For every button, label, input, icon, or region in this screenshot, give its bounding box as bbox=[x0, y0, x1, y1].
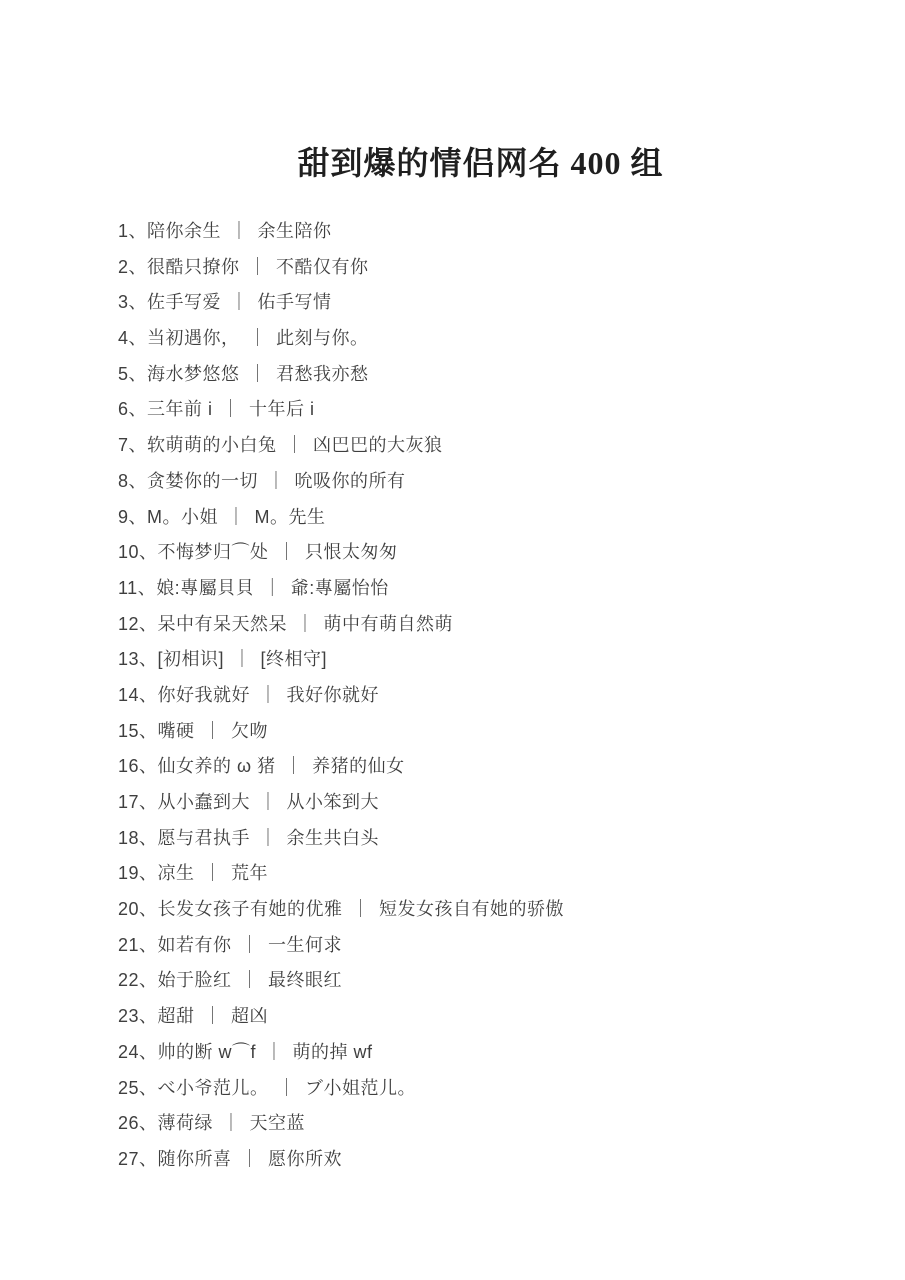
separator-bar: ｜ bbox=[241, 1142, 260, 1178]
item-number: 26 bbox=[118, 1113, 139, 1133]
couple-name-right: 不酷仅有你 bbox=[276, 257, 369, 277]
couple-name-right: 萌中有萌自然萌 bbox=[324, 614, 454, 634]
couple-name-left: 海水梦悠悠 bbox=[147, 364, 240, 384]
separator-bar: ｜ bbox=[278, 1071, 297, 1107]
separator-bar: ｜ bbox=[352, 892, 371, 928]
list-item: 11、娘:專屬貝貝｜爺:專屬怡怡 bbox=[118, 571, 564, 607]
item-number: 20 bbox=[118, 899, 139, 919]
enumeration-comma: 、 bbox=[129, 364, 148, 384]
couple-name-right: ブ小姐范儿。 bbox=[305, 1078, 416, 1098]
enumeration-comma: 、 bbox=[139, 542, 158, 562]
enumeration-comma: 、 bbox=[139, 721, 158, 741]
list-item: 23、超甜｜超凶 bbox=[118, 999, 564, 1035]
enumeration-comma: 、 bbox=[139, 685, 158, 705]
couple-name-right: 此刻与你。 bbox=[276, 328, 369, 348]
list-item: 17、从小蠢到大｜从小笨到大 bbox=[118, 785, 564, 821]
enumeration-comma: 、 bbox=[139, 970, 158, 990]
separator-bar: ｜ bbox=[222, 1106, 241, 1142]
couple-name-right: 从小笨到大 bbox=[287, 792, 380, 812]
separator-bar: ｜ bbox=[286, 428, 305, 464]
couple-name-right: 一生何求 bbox=[268, 935, 342, 955]
item-number: 14 bbox=[118, 685, 139, 705]
enumeration-comma: 、 bbox=[129, 221, 148, 241]
couple-name-left: 娘:專屬貝貝 bbox=[156, 578, 254, 598]
couple-name-left: 三年前 i bbox=[147, 399, 213, 419]
enumeration-comma: 、 bbox=[139, 614, 158, 634]
list-item: 8、贪婪你的一切｜吮吸你的所有 bbox=[118, 464, 564, 500]
document-page: 甜到爆的情侣网名 400 组 1、陪你余生｜余生陪你2、很酷只撩你｜不酷仅有你3… bbox=[0, 0, 905, 1280]
list-item: 18、愿与君执手｜余生共白头 bbox=[118, 821, 564, 857]
separator-bar: ｜ bbox=[233, 642, 252, 678]
separator-bar: ｜ bbox=[259, 821, 278, 857]
couple-name-left: 很酷只撩你 bbox=[147, 257, 240, 277]
enumeration-comma: 、 bbox=[139, 792, 158, 812]
couple-name-right: 萌的掉 wf bbox=[293, 1042, 373, 1062]
couple-name-right: 荒年 bbox=[231, 863, 268, 883]
separator-bar: ｜ bbox=[230, 285, 249, 321]
list-item: 21、如若有你｜一生何求 bbox=[118, 928, 564, 964]
item-number: 5 bbox=[118, 364, 129, 384]
couple-name-left: [初相识] bbox=[158, 649, 225, 669]
enumeration-comma: 、 bbox=[139, 1078, 158, 1098]
item-number: 12 bbox=[118, 614, 139, 634]
list-item: 9、M。小姐｜M。先生 bbox=[118, 500, 564, 536]
couple-name-right: 天空蓝 bbox=[250, 1113, 306, 1133]
couple-name-right: [终相守] bbox=[261, 649, 328, 669]
enumeration-comma: 、 bbox=[139, 828, 158, 848]
couple-name-right: 短发女孩自有她的骄傲 bbox=[379, 899, 564, 919]
enumeration-comma: 、 bbox=[139, 899, 158, 919]
item-number: 6 bbox=[118, 399, 129, 419]
couple-name-left: 愿与君执手 bbox=[158, 828, 251, 848]
couple-name-right: 君愁我亦愁 bbox=[276, 364, 369, 384]
item-number: 24 bbox=[118, 1042, 139, 1062]
item-number: 13 bbox=[118, 649, 139, 669]
separator-bar: ｜ bbox=[204, 999, 223, 1035]
couple-name-left: 不悔梦归⌒处 bbox=[158, 542, 269, 562]
couple-name-left: 帅的断 w⌒f bbox=[158, 1042, 257, 1062]
separator-bar: ｜ bbox=[285, 749, 304, 785]
enumeration-comma: 、 bbox=[129, 292, 148, 312]
item-number: 16 bbox=[118, 756, 139, 776]
couple-name-left: 超甜 bbox=[158, 1006, 195, 1026]
enumeration-comma: 、 bbox=[139, 935, 158, 955]
enumeration-comma: 、 bbox=[139, 1149, 158, 1169]
enumeration-comma: 、 bbox=[139, 649, 158, 669]
couple-name-left: 凉生 bbox=[158, 863, 195, 883]
list-item: 27、随你所喜｜愿你所欢 bbox=[118, 1142, 564, 1178]
couple-name-left: 如若有你 bbox=[158, 935, 232, 955]
couple-name-left: 薄荷绿 bbox=[158, 1113, 214, 1133]
list-item: 16、仙女养的 ω 猪｜养猪的仙女 bbox=[118, 749, 564, 785]
couple-name-right: 超凶 bbox=[231, 1006, 268, 1026]
separator-bar: ｜ bbox=[249, 321, 268, 357]
couple-name-list: 1、陪你余生｜余生陪你2、很酷只撩你｜不酷仅有你3、佐手写爱｜佑手写情4、当初遇… bbox=[118, 214, 564, 1178]
item-number: 22 bbox=[118, 970, 139, 990]
enumeration-comma: 、 bbox=[129, 257, 148, 277]
separator-bar: ｜ bbox=[267, 464, 286, 500]
item-number: 18 bbox=[118, 828, 139, 848]
couple-name-right: 余生共白头 bbox=[287, 828, 380, 848]
list-item: 15、嘴硬｜欠吻 bbox=[118, 714, 564, 750]
list-item: 2、很酷只撩你｜不酷仅有你 bbox=[118, 250, 564, 286]
list-item: 13、[初相识]｜[终相守] bbox=[118, 642, 564, 678]
couple-name-left: 仙女养的 ω 猪 bbox=[158, 756, 276, 776]
separator-bar: ｜ bbox=[263, 571, 282, 607]
separator-bar: ｜ bbox=[241, 963, 260, 999]
item-number: 8 bbox=[118, 471, 129, 491]
list-item: 14、你好我就好｜我好你就好 bbox=[118, 678, 564, 714]
separator-bar: ｜ bbox=[259, 785, 278, 821]
couple-name-left: 始于脸红 bbox=[158, 970, 232, 990]
enumeration-comma: 、 bbox=[129, 328, 148, 348]
list-item: 5、海水梦悠悠｜君愁我亦愁 bbox=[118, 357, 564, 393]
item-number: 9 bbox=[118, 507, 129, 527]
list-item: 19、凉生｜荒年 bbox=[118, 856, 564, 892]
list-item: 1、陪你余生｜余生陪你 bbox=[118, 214, 564, 250]
couple-name-left: 呆中有呆天然呆 bbox=[158, 614, 288, 634]
item-number: 1 bbox=[118, 221, 129, 241]
couple-name-right: 爺:專屬怡怡 bbox=[291, 578, 389, 598]
page-title: 甜到爆的情侣网名 400 组 bbox=[0, 138, 905, 184]
separator-bar: ｜ bbox=[222, 392, 241, 428]
separator-bar: ｜ bbox=[249, 357, 268, 393]
separator-bar: ｜ bbox=[241, 928, 260, 964]
list-item: 12、呆中有呆天然呆｜萌中有萌自然萌 bbox=[118, 607, 564, 643]
couple-name-left: 陪你余生 bbox=[147, 221, 221, 241]
enumeration-comma: 、 bbox=[129, 399, 148, 419]
item-number: 25 bbox=[118, 1078, 139, 1098]
couple-name-left: 你好我就好 bbox=[158, 685, 251, 705]
separator-bar: ｜ bbox=[259, 678, 278, 714]
couple-name-right: 十年后 i bbox=[249, 399, 315, 419]
couple-name-right: M。先生 bbox=[255, 507, 326, 527]
couple-name-left: 当初遇你， bbox=[147, 328, 240, 348]
couple-name-right: 余生陪你 bbox=[258, 221, 332, 241]
separator-bar: ｜ bbox=[204, 714, 223, 750]
couple-name-right: 我好你就好 bbox=[287, 685, 380, 705]
list-item: 7、软萌萌的小白兔｜凶巴巴的大灰狼 bbox=[118, 428, 564, 464]
separator-bar: ｜ bbox=[278, 535, 297, 571]
list-item: 22、始于脸红｜最终眼红 bbox=[118, 963, 564, 999]
list-item: 3、佐手写爱｜佑手写情 bbox=[118, 285, 564, 321]
enumeration-comma: 、 bbox=[139, 756, 158, 776]
list-item: 10、不悔梦归⌒处｜只恨太匆匆 bbox=[118, 535, 564, 571]
enumeration-comma: 、 bbox=[129, 435, 148, 455]
couple-name-right: 只恨太匆匆 bbox=[305, 542, 398, 562]
couple-name-left: 软萌萌的小白兔 bbox=[147, 435, 277, 455]
separator-bar: ｜ bbox=[204, 856, 223, 892]
item-number: 2 bbox=[118, 257, 129, 277]
couple-name-left: 从小蠢到大 bbox=[158, 792, 251, 812]
enumeration-comma: 、 bbox=[129, 471, 148, 491]
list-item: 6、三年前 i｜十年后 i bbox=[118, 392, 564, 428]
couple-name-right: 欠吻 bbox=[231, 721, 268, 741]
couple-name-left: べ小爷范儿。 bbox=[158, 1078, 269, 1098]
enumeration-comma: 、 bbox=[139, 863, 158, 883]
couple-name-left: M。小姐 bbox=[147, 507, 218, 527]
item-number: 15 bbox=[118, 721, 139, 741]
enumeration-comma: 、 bbox=[139, 1006, 158, 1026]
item-number: 4 bbox=[118, 328, 129, 348]
couple-name-right: 凶巴巴的大灰狼 bbox=[313, 435, 443, 455]
enumeration-comma: 、 bbox=[139, 1042, 158, 1062]
item-number: 17 bbox=[118, 792, 139, 812]
item-number: 7 bbox=[118, 435, 129, 455]
couple-name-left: 长发女孩子有她的优雅 bbox=[158, 899, 343, 919]
couple-name-right: 吮吸你的所有 bbox=[295, 471, 406, 491]
list-item: 25、べ小爷范儿。｜ブ小姐范儿。 bbox=[118, 1071, 564, 1107]
couple-name-right: 愿你所欢 bbox=[268, 1149, 342, 1169]
couple-name-left: 嘴硬 bbox=[158, 721, 195, 741]
separator-bar: ｜ bbox=[227, 500, 246, 536]
separator-bar: ｜ bbox=[265, 1035, 284, 1071]
enumeration-comma: 、 bbox=[129, 507, 148, 527]
item-number: 19 bbox=[118, 863, 139, 883]
separator-bar: ｜ bbox=[296, 607, 315, 643]
item-number: 23 bbox=[118, 1006, 139, 1026]
separator-bar: ｜ bbox=[230, 214, 249, 250]
enumeration-comma: 、 bbox=[138, 578, 157, 598]
item-number: 27 bbox=[118, 1149, 139, 1169]
item-number: 3 bbox=[118, 292, 129, 312]
couple-name-right: 佑手写情 bbox=[258, 292, 332, 312]
couple-name-left: 贪婪你的一切 bbox=[147, 471, 258, 491]
enumeration-comma: 、 bbox=[139, 1113, 158, 1133]
couple-name-right: 最终眼红 bbox=[268, 970, 342, 990]
couple-name-right: 养猪的仙女 bbox=[312, 756, 405, 776]
list-item: 20、长发女孩子有她的优雅｜短发女孩自有她的骄傲 bbox=[118, 892, 564, 928]
list-item: 24、帅的断 w⌒f｜萌的掉 wf bbox=[118, 1035, 564, 1071]
couple-name-left: 佐手写爱 bbox=[147, 292, 221, 312]
item-number: 10 bbox=[118, 542, 139, 562]
list-item: 26、薄荷绿｜天空蓝 bbox=[118, 1106, 564, 1142]
list-item: 4、当初遇你，｜此刻与你。 bbox=[118, 321, 564, 357]
separator-bar: ｜ bbox=[249, 250, 268, 286]
couple-name-left: 随你所喜 bbox=[158, 1149, 232, 1169]
item-number: 21 bbox=[118, 935, 139, 955]
item-number: 11 bbox=[118, 578, 138, 598]
